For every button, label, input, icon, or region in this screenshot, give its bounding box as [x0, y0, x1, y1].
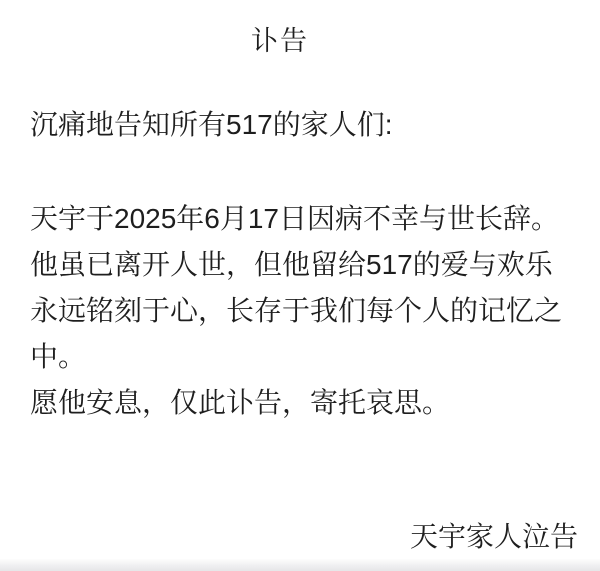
body-line: 愿他安息，仅此讣告，寄托哀思。	[30, 380, 582, 426]
body-line: 天宇于2025年6月17日因病不幸与世长辞。	[30, 196, 582, 242]
body-line: 中。	[30, 334, 582, 380]
obituary-notice-page: 讣告 沉痛地告知所有517的家人们: 天宇于2025年6月17日因病不幸与世长辞…	[0, 0, 600, 571]
notice-body: 天宇于2025年6月17日因病不幸与世长辞。 他虽已离开人世，但他留给517的爱…	[30, 196, 582, 426]
signature-line: 天宇家人泣告	[410, 518, 578, 556]
body-line: 永远铭刻于心，长存于我们每个人的记忆之	[30, 288, 582, 334]
bottom-edge-strip	[0, 559, 600, 571]
salutation-line: 沉痛地告知所有517的家人们:	[30, 105, 580, 145]
page-title: 讣告	[0, 24, 560, 58]
body-line: 他虽已离开人世，但他留给517的爱与欢乐	[30, 242, 582, 288]
